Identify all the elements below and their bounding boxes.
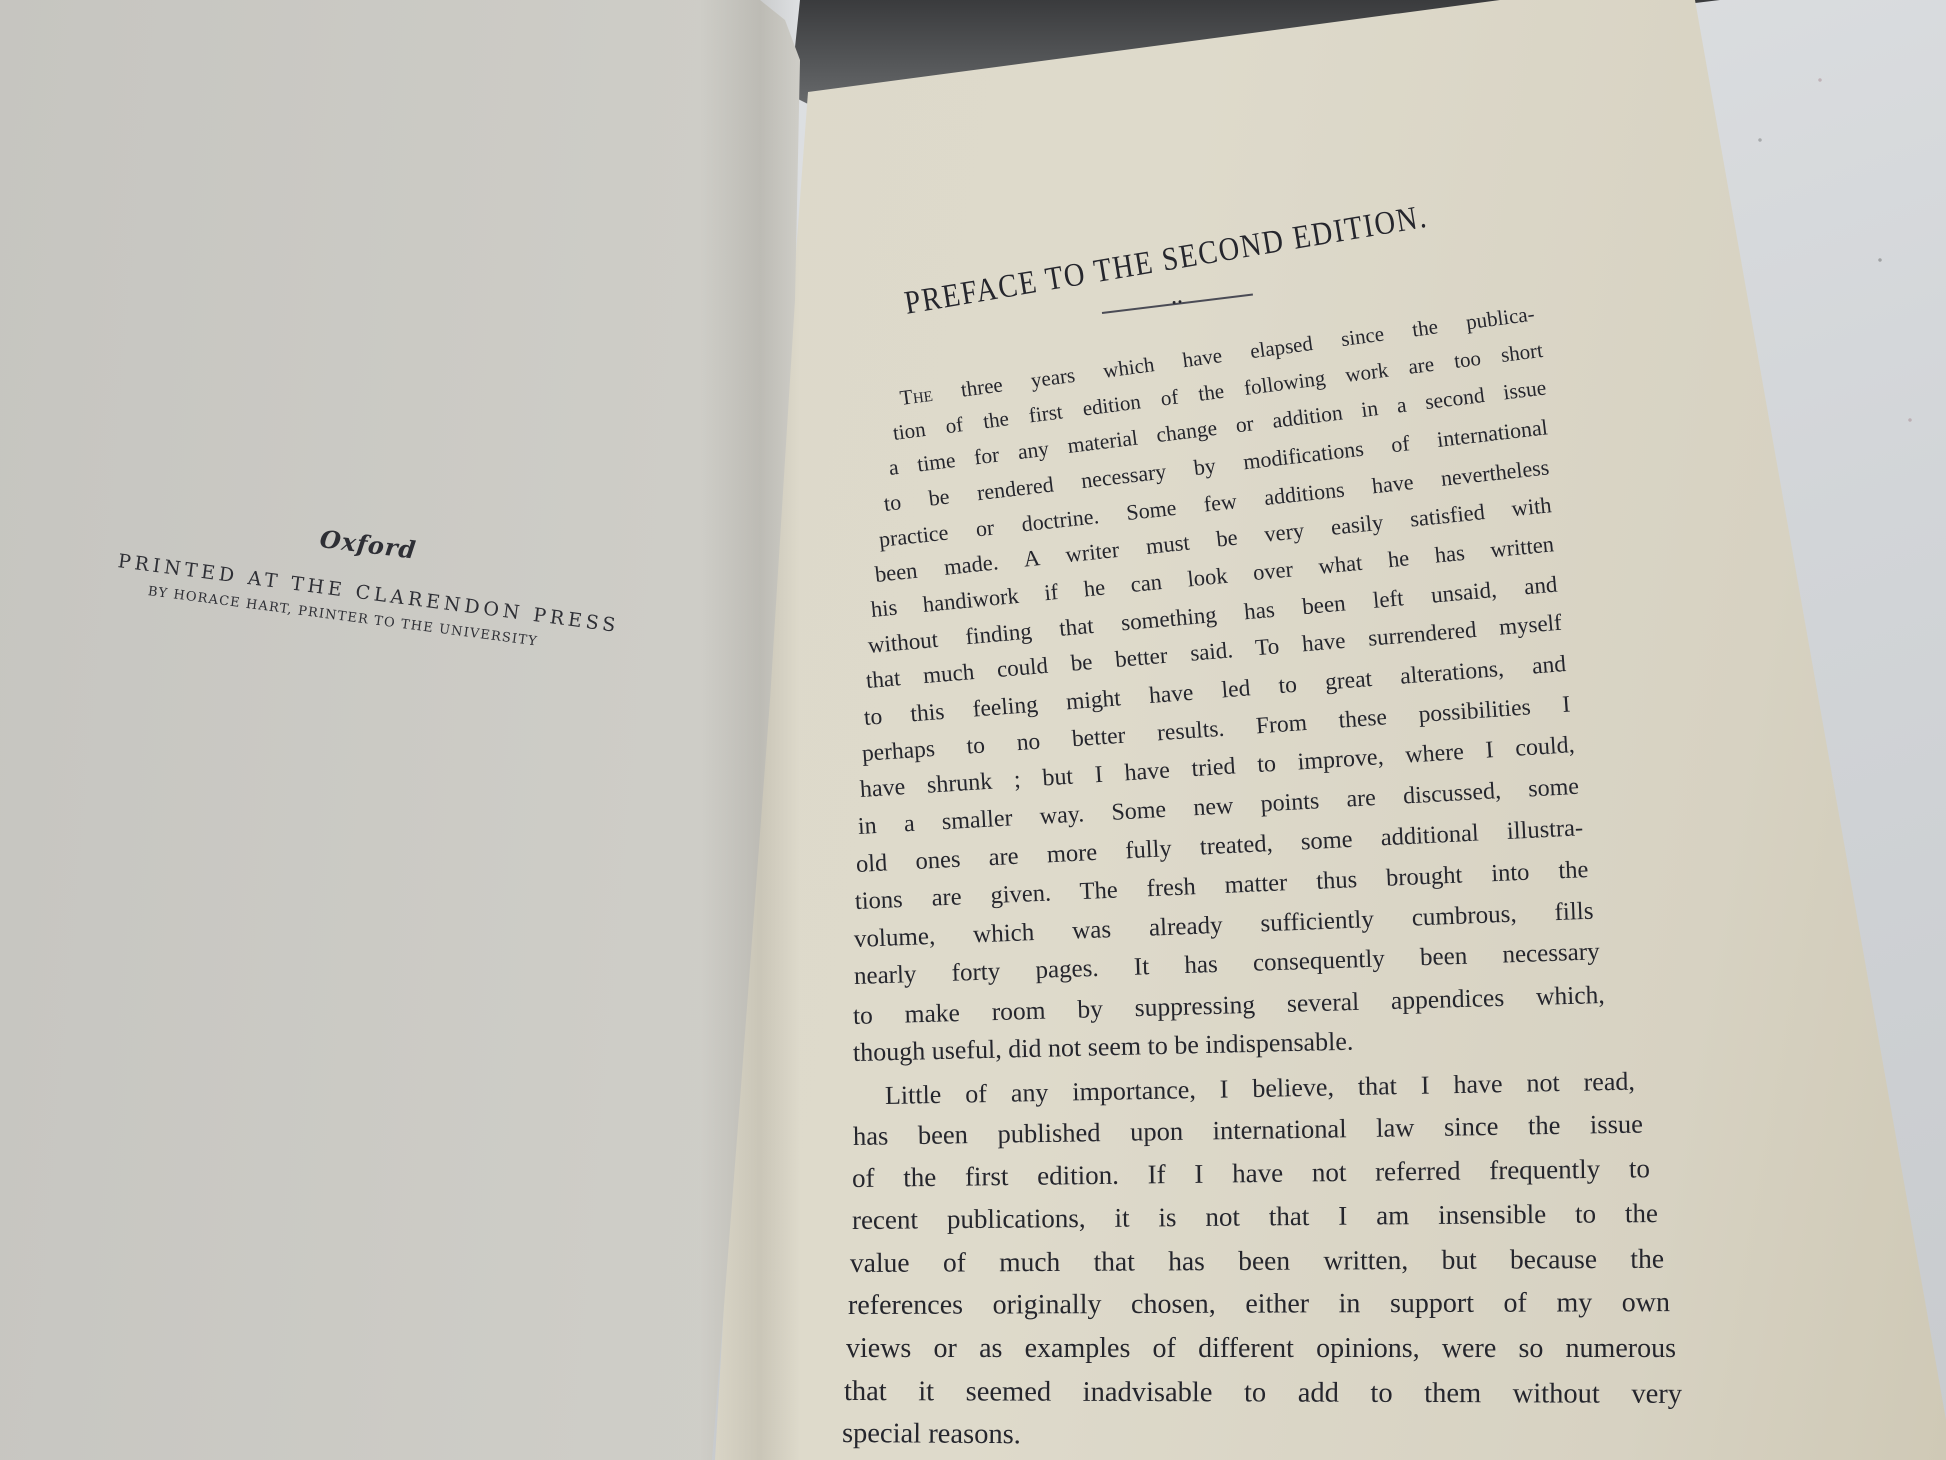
ornament-dots: •• <box>1171 298 1184 309</box>
drop-smallcaps: The <box>898 382 934 410</box>
preface-line: references originally chosen, either in … <box>848 1287 1670 1322</box>
preface-line: that it seemed inadvisable to add to the… <box>844 1376 1682 1411</box>
preface-line: value of much that has been written, but… <box>850 1243 1664 1279</box>
preface-line: special reasons. <box>842 1418 1021 1451</box>
preface-line: views or as examples of different opinio… <box>846 1333 1676 1365</box>
